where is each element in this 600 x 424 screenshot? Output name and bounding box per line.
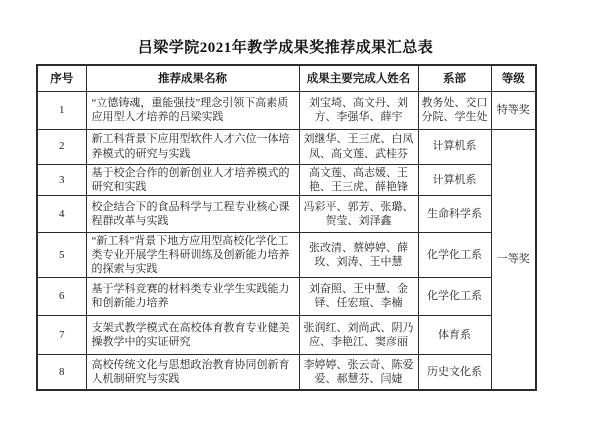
cell-name: 基于学科竞赛的材料类专业学生实践能力和创新能力培养: [86, 277, 299, 315]
cell-level-merged: 一等奖: [491, 129, 536, 390]
table-row: 5 “新工科”背景下地方应用型高校化学化工类专业开展学生科研训练及创新能力培养的…: [37, 232, 536, 277]
col-header-people: 成果主要完成人姓名: [299, 65, 418, 91]
cell-no: 7: [37, 315, 86, 354]
cell-name: 校企结合下的食品科学与工程专业核心课程群改革与实践: [86, 195, 299, 232]
summary-table: 序号 推荐成果名称 成果主要完成人姓名 系部 等级 1 “立德铸魂，重能强技”理…: [36, 64, 537, 391]
cell-level: 特等奖: [491, 91, 536, 129]
header-row: 序号 推荐成果名称 成果主要完成人姓名 系部 等级: [37, 65, 536, 91]
cell-dept: 计算机系: [418, 129, 491, 164]
cell-name: 支架式教学模式在高校体育教育专业健美操教学中的实证研究: [86, 315, 299, 354]
cell-name: 高校传统文化与思想政治教育协同创新育人机制研究与实践: [86, 354, 299, 390]
cell-no: 4: [37, 195, 86, 232]
cell-people: 李婷婷、张云奇、陈爱爱、郝慧芬、闫婕: [299, 354, 418, 390]
cell-no: 6: [37, 277, 86, 315]
cell-no: 2: [37, 129, 86, 164]
cell-dept: 化学化工系: [418, 277, 491, 315]
cell-no: 3: [37, 164, 86, 195]
cell-no: 8: [37, 354, 86, 390]
document-page: 吕梁学院2021年教学成果奖推荐成果汇总表 序号 推荐成果名称 成果主要完成人姓…: [36, 36, 535, 391]
cell-dept: 历史文化系: [418, 354, 491, 390]
cell-no: 1: [37, 91, 86, 129]
cell-dept: 教务处、交口分院、学生处: [418, 91, 491, 129]
table-row: 4 校企结合下的食品科学与工程专业核心课程群改革与实践 冯彩平、郭芳、张璐、贺莹…: [37, 195, 536, 232]
cell-people: 冯彩平、郭芳、张璐、贺莹、刘泽鑫: [299, 195, 418, 232]
table-row: 6 基于学科竞赛的材料类专业学生实践能力和创新能力培养 刘奋照、王中慧、金铎、任…: [37, 277, 536, 315]
cell-people: 刘奋照、王中慧、金铎、任宏瑄、李楠: [299, 277, 418, 315]
cell-no: 5: [37, 232, 86, 277]
table-row: 2 新工科背景下应用型软件人才六位一体培养模式的研究与实践 刘继华、王三虎、白凤…: [37, 129, 536, 164]
table-body: 1 “立德铸魂，重能强技”理念引领下高素质应用型人才培养的吕梁实践 刘宝埼、高文…: [37, 91, 536, 390]
page-title: 吕梁学院2021年教学成果奖推荐成果汇总表: [36, 36, 535, 57]
table-row: 1 “立德铸魂，重能强技”理念引领下高素质应用型人才培养的吕梁实践 刘宝埼、高文…: [37, 91, 536, 129]
col-header-name: 推荐成果名称: [86, 65, 299, 91]
cell-name: “立德铸魂，重能强技”理念引领下高素质应用型人才培养的吕梁实践: [86, 91, 299, 129]
cell-name: 新工科背景下应用型软件人才六位一体培养模式的研究与实践: [86, 129, 299, 164]
cell-dept: 生命科学系: [418, 195, 491, 232]
cell-name: 基于校企合作的创新创业人才培养模式的研究和实践: [86, 164, 299, 195]
col-header-dept: 系部: [418, 65, 491, 91]
col-header-level: 等级: [491, 65, 536, 91]
table-row: 7 支架式教学模式在高校体育教育专业健美操教学中的实证研究 张润红、刘尚武、阴乃…: [37, 315, 536, 354]
cell-people: 张润红、刘尚武、阴乃应、李艳江、窦彦丽: [299, 315, 418, 354]
cell-dept: 计算机系: [418, 164, 491, 195]
table-row: 3 基于校企合作的创新创业人才培养模式的研究和实践 高文莲、高志媛、王艳、王三虎…: [37, 164, 536, 195]
cell-people: 刘继华、王三虎、白凤凤、高文莲、武桂芬: [299, 129, 418, 164]
cell-people: 张改清、蔡婷婷、薛玫、刘涛、王中慧: [299, 232, 418, 277]
cell-people: 刘宝埼、高文丹、刘方、李强华、薛宇: [299, 91, 418, 129]
cell-people: 高文莲、高志媛、王艳、王三虎、薛艳锋: [299, 164, 418, 195]
table-row: 8 高校传统文化与思想政治教育协同创新育人机制研究与实践 李婷婷、张云奇、陈爱爱…: [37, 354, 536, 390]
cell-dept: 化学化工系: [418, 232, 491, 277]
cell-name: “新工科”背景下地方应用型高校化学化工类专业开展学生科研训练及创新能力培养的探索…: [86, 232, 299, 277]
col-header-no: 序号: [37, 65, 86, 91]
table-header: 序号 推荐成果名称 成果主要完成人姓名 系部 等级: [37, 65, 536, 91]
cell-dept: 体育系: [418, 315, 491, 354]
